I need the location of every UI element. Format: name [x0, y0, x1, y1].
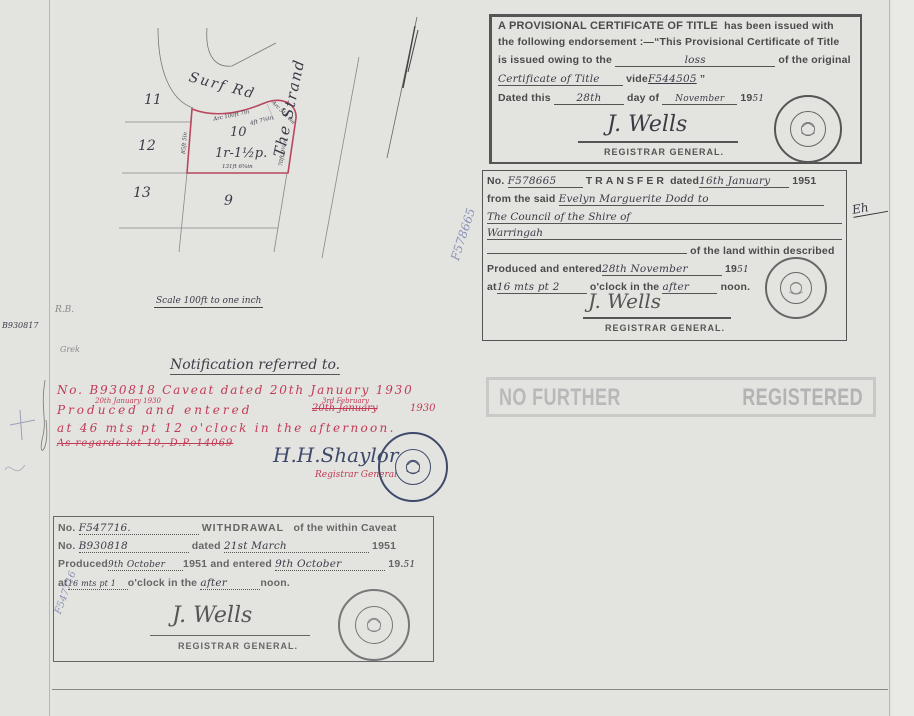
no-further-dealings-stamp: NO FURTHER REGISTERED	[486, 377, 876, 417]
cert-reason: loss	[685, 54, 706, 66]
transfer-produced-year-prefix: 19	[725, 263, 737, 275]
cert-text-4: of the original	[778, 54, 850, 66]
notification-line-2: Produced and entered	[57, 403, 252, 417]
withdrawal-stamp: No. F547716. WITHDRAWAL of the within Ca…	[53, 516, 434, 662]
cert-month: November	[675, 94, 724, 104]
margin-initials-1: R.B.	[55, 305, 74, 315]
cert-day-of: day of	[627, 92, 659, 104]
cert-text-3: is issued owing to the	[498, 54, 612, 66]
notification-line-2-struck: 20th January	[312, 403, 378, 414]
transfer-produced-label: Produced and entered	[487, 263, 602, 275]
lot-11-label: 11	[144, 92, 162, 108]
transfer-produced-year-suffix: 51	[737, 265, 749, 275]
transfer-time: 16 mts pt 2	[497, 281, 560, 293]
transfer-signature: J. Wells	[588, 289, 661, 313]
cert-text-1: has been issued with	[724, 20, 834, 32]
withdrawal-dated-label: dated	[192, 540, 221, 552]
withdrawal-signatory: REGISTRAR GENERAL.	[178, 641, 298, 651]
notification-heading: Notification referred to.	[170, 357, 340, 375]
cert-signatory: REGISTRAR GENERAL.	[604, 147, 724, 157]
lot-12-label: 12	[138, 138, 156, 154]
transfer-period: after	[662, 281, 689, 293]
cert-year-prefix: 19	[740, 92, 752, 104]
transfer-from-party: Evelyn Marguerite Dodd to	[559, 193, 709, 205]
transfer-stamp: No. F578665 TRANSFER dated16th January 1…	[482, 170, 847, 341]
notification-line-3: at 46 mts pt 12 o'clock in the afternoon…	[57, 421, 396, 435]
margin-pencil-marks	[0, 380, 60, 580]
transfer-date: 16th January	[699, 175, 770, 187]
cert-signature: J. Wells	[607, 112, 687, 137]
cert-signature-line	[578, 141, 738, 143]
transfer-title: TRANSFER	[586, 175, 667, 187]
transfer-dated-label: dated	[670, 175, 699, 187]
notification-line-1: No. B930818 Caveat dated 20th January 19…	[57, 383, 414, 397]
transfer-line-3: Warringah	[487, 227, 543, 239]
withdrawal-entered-year-suffix: 51	[404, 560, 416, 570]
withdrawal-noon-label: noon.	[260, 577, 290, 589]
withdrawal-no-label: No.	[58, 522, 76, 534]
withdrawal-title: WITHDRAWAL	[202, 522, 284, 534]
transfer-at-label: at	[487, 281, 497, 293]
cert-vide-number: F544505	[648, 73, 697, 85]
withdrawal-period: after	[200, 577, 227, 589]
withdrawal-entered-date: 9th October	[275, 558, 341, 570]
transfer-number: F578665	[508, 175, 557, 187]
withdrawal-caveat-text: of the within Caveat	[293, 522, 396, 534]
registrar-general-seal	[765, 257, 827, 319]
withdrawal-produced-year: 1951	[183, 558, 207, 570]
cert-text-2: the following endorsement :—“This Provis…	[498, 36, 839, 48]
transfer-year: 1951	[792, 175, 816, 187]
transfer-from-label: from the said	[487, 193, 556, 205]
withdrawal-caveat-number: B930818	[79, 540, 128, 552]
withdrawal-entered-label: and entered	[210, 558, 272, 570]
transfer-no-label: No.	[487, 175, 505, 187]
transfer-land-text: of the land within described	[690, 245, 834, 257]
withdrawal-produced-date: 9th October	[108, 560, 165, 570]
registrar-general-seal	[378, 432, 448, 502]
lot-10-area: 1r-1½p.	[215, 146, 267, 161]
transfer-signatory: REGISTRAR GENERAL.	[605, 323, 725, 333]
notification-line-4-struck: As regards lot 10, D.P. 14069	[57, 438, 233, 449]
cert-dated-label: Dated this	[498, 92, 551, 104]
withdrawal-produced-label: Produced	[58, 558, 108, 570]
cert-year-suffix: 51	[752, 94, 764, 104]
registrar-general-seal	[774, 95, 842, 163]
margin-ref-number: B930817	[2, 321, 38, 330]
lot-13-label: 13	[133, 185, 151, 201]
withdrawal-signature-line	[150, 635, 310, 636]
stamp-text-right: REGISTERED	[742, 384, 863, 412]
cert-close-quote: ”	[700, 73, 705, 85]
transfer-line-2: The Council of the Shire of	[487, 211, 630, 223]
transfer-initial-mark: Eh	[851, 197, 888, 218]
lot-10-label: 10	[230, 125, 247, 140]
lot-10-south: 131ft 6⅝in	[222, 164, 253, 170]
lot-9-label: 9	[224, 193, 233, 209]
bottom-rule	[52, 689, 888, 690]
notification-line-2-year: 1930	[410, 403, 435, 414]
right-margin-line	[889, 0, 890, 716]
cert-heading: A PROVISIONAL CERTIFICATE OF TITLE	[498, 20, 718, 32]
withdrawal-signature: J. Wells	[172, 603, 252, 628]
registrar-general-seal	[338, 589, 410, 661]
cert-doc: Certificate of Title	[498, 73, 600, 85]
transfer-signature-line	[583, 317, 731, 319]
withdrawal-dated: 21st March	[224, 540, 287, 552]
withdrawal-number: F547716.	[79, 522, 131, 534]
transfer-noon-label: noon.	[721, 281, 751, 293]
scale-note: Scale 100ft to one inch	[154, 296, 263, 308]
margin-initials-2: Grek	[60, 345, 80, 354]
cert-day: 28th	[576, 92, 601, 104]
withdrawal-oclock-label: o'clock in the	[128, 577, 197, 589]
withdrawal-caveat-no-label: No.	[58, 540, 76, 552]
page-edge	[892, 0, 914, 716]
transfer-produced-date: 28th November	[602, 263, 688, 275]
cert-vide-label: vide	[626, 73, 648, 85]
withdrawal-entered-year-prefix: 19	[388, 558, 400, 570]
withdrawal-dated-year: 1951	[372, 540, 396, 552]
provisional-certificate-stamp: A PROVISIONAL CERTIFICATE OF TITLE has b…	[489, 14, 862, 164]
stamp-text-left: NO FURTHER	[499, 384, 621, 412]
